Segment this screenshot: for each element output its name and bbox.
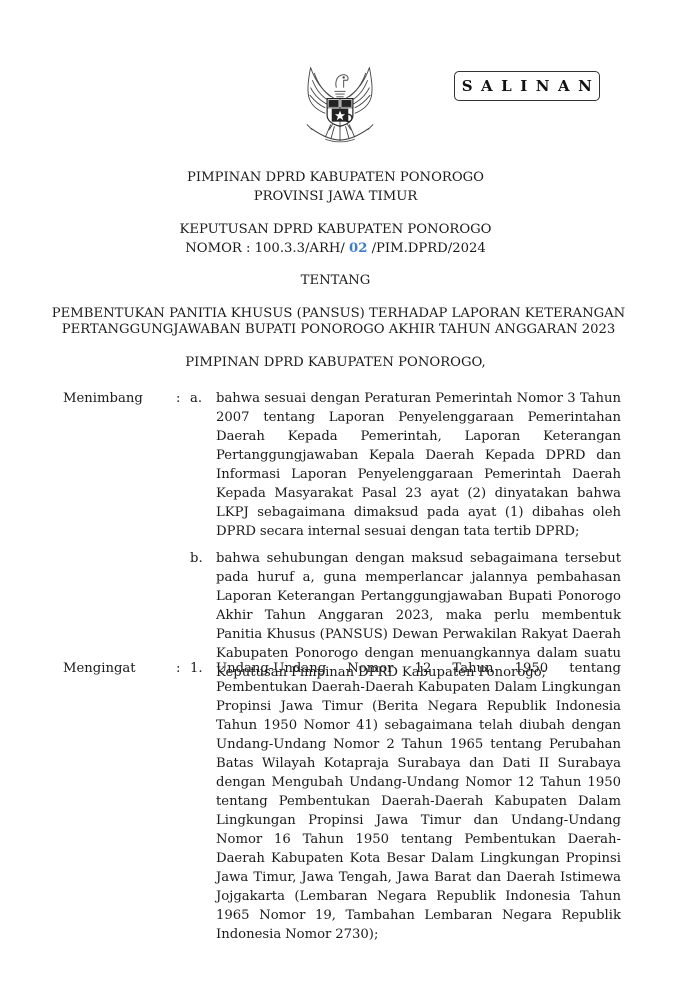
garuda-emblem-icon: [294, 60, 386, 152]
item-text: bahwa sesuai dengan Peraturan Pemerintah…: [216, 389, 621, 541]
decree-number-prefix: NOMOR : 100.3.3/ARH/: [185, 241, 349, 256]
item-marker: a.: [190, 389, 202, 408]
section-colon: :: [176, 659, 180, 678]
subject-line-2: PERTANGGUNGJAWABAN BUPATI PONOROGO AKHIR…: [0, 320, 677, 339]
salinan-stamp: SALINAN: [454, 71, 600, 101]
legal-basis-item-1: 1. Undang-Undang Nomor 12 Tahun 1950 ten…: [190, 659, 621, 944]
section-menimbang: Menimbang : a. bahwa sesuai dengan Perat…: [63, 389, 623, 682]
salinan-stamp-text: SALINAN: [454, 77, 601, 95]
considering-item-a: a. bahwa sesuai dengan Peraturan Pemerin…: [190, 389, 621, 541]
section-label: Menimbang: [63, 389, 143, 408]
header-institution: PIMPINAN DPRD KABUPATEN PONOROGO: [0, 168, 674, 187]
section-label: Mengingat: [63, 659, 136, 678]
decree-number-suffix: /PIM.DPRD/2024: [367, 241, 485, 256]
header-province: PROVINSI JAWA TIMUR: [0, 187, 674, 206]
item-marker: b.: [190, 549, 203, 568]
about-heading: TENTANG: [0, 271, 674, 290]
item-text: Undang-Undang Nomor 12 Tahun 1950 tentan…: [216, 659, 621, 944]
section-mengingat: Mengingat : 1. Undang-Undang Nomor 12 Ta…: [63, 659, 623, 944]
item-marker: 1.: [190, 659, 203, 678]
decree-title: KEPUTUSAN DPRD KABUPATEN PONOROGO: [0, 220, 674, 239]
decree-number-value: 02: [349, 241, 367, 256]
decree-number: NOMOR : 100.3.3/ARH/ 02 /PIM.DPRD/2024: [0, 239, 674, 258]
issuer-line: PIMPINAN DPRD KABUPATEN PONOROGO,: [0, 353, 674, 372]
section-colon: :: [176, 389, 180, 408]
